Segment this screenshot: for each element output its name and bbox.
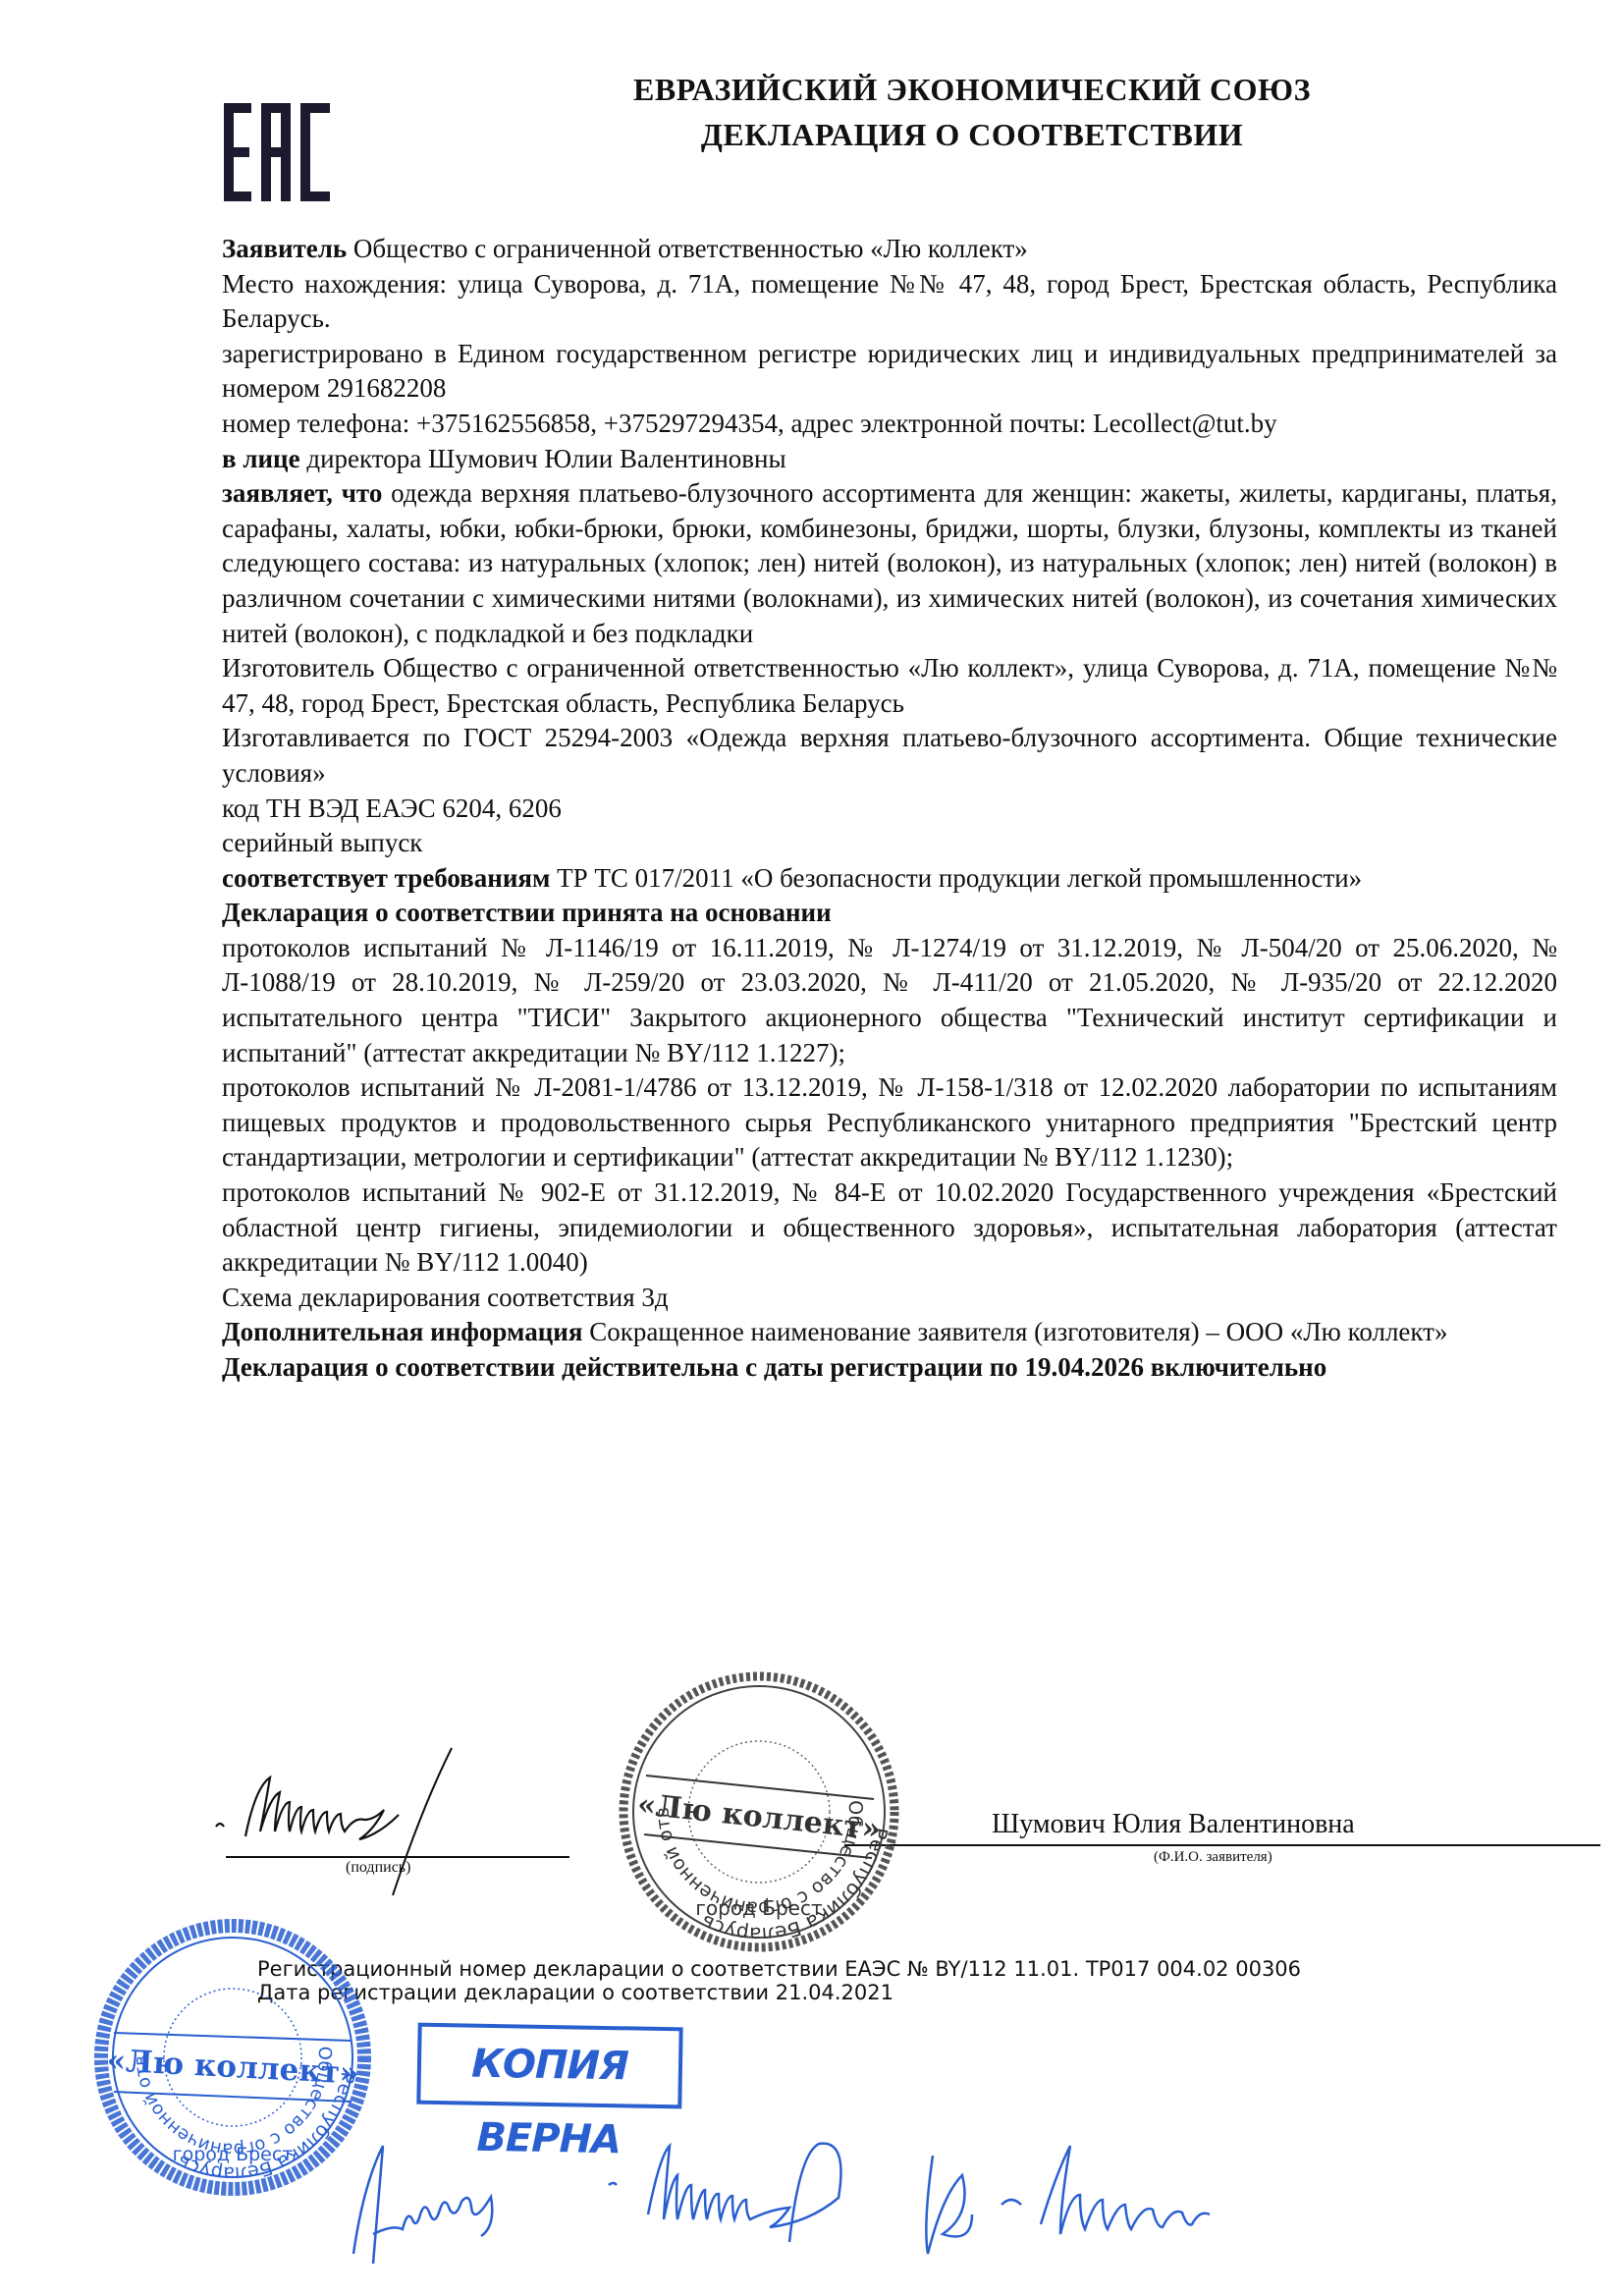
declaration-scheme: Схема декларирования соответствия 3д <box>222 1281 1557 1316</box>
applicant: Заявитель Общество с ограниченной ответс… <box>222 232 1557 267</box>
product-statement: заявляет, что одежда верхняя платьево-бл… <box>222 476 1557 651</box>
handwritten-signature <box>206 1758 560 1866</box>
applicant-address: Место нахождения: улица Суворова, д. 71А… <box>222 267 1557 337</box>
manufacturer: Изготовитель Общество с ограниченной отв… <box>222 651 1557 721</box>
basis-heading-text: Декларация о соответствии принята на осн… <box>222 898 832 927</box>
applicant-label: Заявитель <box>222 234 347 263</box>
basis-item: протоколов испытаний № 902-Е от 31.12.20… <box>222 1175 1557 1281</box>
basis-heading: Декларация о соответствии принята на осн… <box>222 896 1557 931</box>
eac-logo <box>224 103 332 201</box>
validity-text: Декларация о соответствии действительна … <box>222 1352 1326 1382</box>
company-seal-black: Республика Беларусь Общество с ограничен… <box>617 1669 901 1954</box>
basis-item: протоколов испытаний № Л-1146/19 от 16.1… <box>222 931 1557 1070</box>
additional-label: Дополнительная информация <box>222 1317 582 1346</box>
title-declaration: ДЕКЛАРАЦИЯ О СООТВЕТСТВИИ <box>530 112 1414 157</box>
declares-label: заявляет, что <box>222 478 382 508</box>
registration-info: Регистрационный номер декларации о соотв… <box>257 1957 1301 2004</box>
name-caption: (Ф.И.О. заявителя) <box>1154 1849 1272 1866</box>
registration-number: Регистрационный номер декларации о соотв… <box>257 1957 1301 1981</box>
svg-text:город Брест: город Брест <box>695 1896 823 1920</box>
represented-label: в лице <box>222 444 300 473</box>
production-type: серийный выпуск <box>222 826 1557 861</box>
additional-info: Дополнительная информация Сокращенное на… <box>222 1315 1557 1350</box>
declaration-body: Заявитель Общество с ограниченной ответс… <box>222 232 1557 1386</box>
registration-date: Дата регистрации декларации о соответств… <box>257 1981 1301 2004</box>
name-line <box>844 1844 1600 1846</box>
company-seal-blue: Республика Беларусь Общество с ограничен… <box>90 1915 375 2200</box>
basis-item: протоколов испытаний № Л-2081-1/4786 от … <box>222 1070 1557 1175</box>
standard: Изготавливается по ГОСТ 25294-2003 «Одеж… <box>222 721 1557 791</box>
applicant-representative: в лице директора Шумович Юлии Валентинов… <box>222 442 1557 477</box>
compliance: соответствует требованиям ТР ТС 017/2011… <box>222 861 1557 897</box>
title-union: ЕВРАЗИЙСКИЙ ЭКОНОМИЧЕСКИЙ СОЮЗ <box>530 67 1414 112</box>
handwritten-signature-blue <box>334 2126 1561 2273</box>
applicant-contacts: номер телефона: +375162556858, +37529729… <box>222 407 1557 442</box>
technical-regulation: ТР ТС 017/2011 «О безопасности продукции… <box>550 863 1362 893</box>
represented-name: директора Шумович Юлии Валентиновны <box>300 444 786 473</box>
product-description: одежда верхняя платьево-блузочного ассор… <box>222 478 1557 647</box>
complies-label: соответствует требованиям <box>222 863 550 893</box>
applicant-registration: зарегистрировано в Едином государственно… <box>222 337 1557 407</box>
additional-text: Сокращенное наименование заявителя (изго… <box>582 1317 1447 1346</box>
document-title: ЕВРАЗИЙСКИЙ ЭКОНОМИЧЕСКИЙ СОЮЗ ДЕКЛАРАЦИ… <box>530 67 1414 157</box>
signature-caption: (подпись) <box>346 1859 410 1877</box>
validity: Декларация о соответствии действительна … <box>222 1350 1557 1386</box>
svg-text:город Брест: город Брест <box>173 2144 294 2165</box>
signatory-name: Шумович Юлия Валентиновна <box>992 1809 1355 1840</box>
applicant-name: Общество с ограниченной ответственностью… <box>347 234 1028 263</box>
signature-line <box>226 1856 569 1858</box>
copy-certified-stamp: КОПИЯ ВЕРНА <box>416 2023 682 2109</box>
tn-ved-code: код ТН ВЭД ЕАЭС 6204, 6206 <box>222 792 1557 827</box>
